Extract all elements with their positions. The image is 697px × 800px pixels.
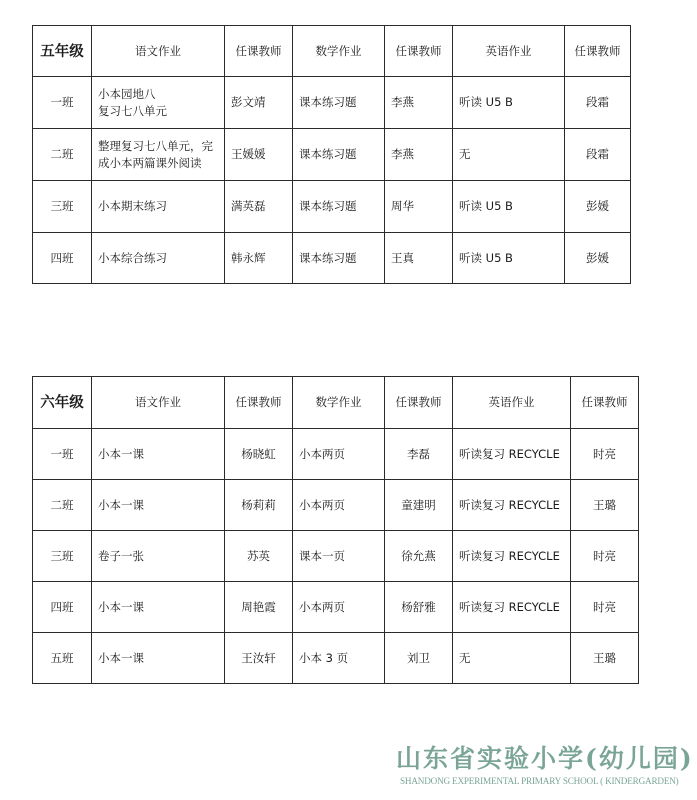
chinese-teacher: 苏英 <box>225 531 293 582</box>
english-homework: 听读复习 RECYCLE <box>453 480 571 531</box>
math-teacher: 徐允燕 <box>385 531 453 582</box>
math-teacher: 周华 <box>385 181 453 233</box>
math-homework: 课本一页 <box>293 531 385 582</box>
table-row: 一班 小本一课 杨晓虹 小本两页 李磊 听读复习 RECYCLE 时亮 <box>33 429 639 480</box>
english-teacher: 王璐 <box>571 633 639 684</box>
chinese-teacher: 杨莉莉 <box>225 480 293 531</box>
math-homework: 课本练习题 <box>293 181 385 233</box>
english-homework: 无 <box>453 129 565 181</box>
english-teacher: 王璐 <box>571 480 639 531</box>
math-teacher: 李燕 <box>385 77 453 129</box>
table-row: 三班 小本期末练习 满英磊 课本练习题 周华 听读 U5 B 彭媛 <box>33 181 631 233</box>
english-homework: 听读 U5 B <box>453 181 565 233</box>
chinese-teacher: 韩永辉 <box>225 233 293 284</box>
chinese-homework: 小本一课 <box>92 429 225 480</box>
class-name: 三班 <box>33 531 92 582</box>
class-name: 五班 <box>33 633 92 684</box>
column-header-chinese-homework: 语文作业 <box>92 377 225 429</box>
column-header-chinese-teacher: 任课教师 <box>225 26 293 77</box>
class-name: 三班 <box>33 181 92 233</box>
english-teacher: 段霜 <box>565 77 631 129</box>
class-name: 二班 <box>33 480 92 531</box>
chinese-teacher: 彭文靖 <box>225 77 293 129</box>
column-header-math-homework: 数学作业 <box>293 377 385 429</box>
school-name-english: SHANDONG EXPERIMENTAL PRIMARY SCHOOL ( K… <box>400 775 694 787</box>
english-homework: 无 <box>453 633 571 684</box>
english-homework: 听读复习 RECYCLE <box>453 429 571 480</box>
math-homework: 小本两页 <box>293 480 385 531</box>
english-teacher: 彭媛 <box>565 233 631 284</box>
chinese-homework: 小本综合练习 <box>92 233 225 284</box>
column-header-english-teacher: 任课教师 <box>565 26 631 77</box>
table-row: 四班 小本综合练习 韩永辉 课本练习题 王真 听读 U5 B 彭媛 <box>33 233 631 284</box>
column-header-chinese-teacher: 任课教师 <box>225 377 293 429</box>
column-header-english-teacher: 任课教师 <box>571 377 639 429</box>
grade5-homework-table: 五年级 语文作业 任课教师 数学作业 任课教师 英语作业 任课教师 一班 小本园… <box>32 25 631 284</box>
school-logo: 山东省实验小学(幼儿园) SHANDONG EXPERIMENTAL PRIMA… <box>396 743 694 787</box>
english-teacher: 时亮 <box>571 582 639 633</box>
math-teacher: 李磊 <box>385 429 453 480</box>
table-row: 二班 小本一课 杨莉莉 小本两页 童建明 听读复习 RECYCLE 王璐 <box>33 480 639 531</box>
table-row: 四班 小本一课 周艳霞 小本两页 杨舒雅 听读复习 RECYCLE 时亮 <box>33 582 639 633</box>
table-row: 二班 整理复习七八单元，完成小本两篇课外阅读 王媛媛 课本练习题 李燕 无 段霜 <box>33 129 631 181</box>
class-name: 一班 <box>33 77 92 129</box>
chinese-homework: 小本一课 <box>92 582 225 633</box>
chinese-homework: 整理复习七八单元，完成小本两篇课外阅读 <box>92 129 225 181</box>
table-header-row: 六年级 语文作业 任课教师 数学作业 任课教师 英语作业 任课教师 <box>33 377 639 429</box>
math-homework: 课本练习题 <box>293 77 385 129</box>
english-homework: 听读 U5 B <box>453 77 565 129</box>
column-header-english-homework: 英语作业 <box>453 377 571 429</box>
class-name: 一班 <box>33 429 92 480</box>
chinese-teacher: 王汝轩 <box>225 633 293 684</box>
english-homework: 听读复习 RECYCLE <box>453 531 571 582</box>
math-homework: 小本两页 <box>293 582 385 633</box>
chinese-homework: 小本园地八复习七八单元 <box>92 77 225 129</box>
chinese-homework: 小本一课 <box>92 480 225 531</box>
class-name: 四班 <box>33 582 92 633</box>
math-teacher: 李燕 <box>385 129 453 181</box>
math-homework: 课本练习题 <box>293 129 385 181</box>
english-homework: 听读 U5 B <box>453 233 565 284</box>
table-header-row: 五年级 语文作业 任课教师 数学作业 任课教师 英语作业 任课教师 <box>33 26 631 77</box>
column-header-math-homework: 数学作业 <box>293 26 385 77</box>
grade-label: 五年级 <box>33 26 92 77</box>
math-teacher: 王真 <box>385 233 453 284</box>
chinese-homework: 卷子一张 <box>92 531 225 582</box>
chinese-homework: 小本期末练习 <box>92 181 225 233</box>
math-teacher: 童建明 <box>385 480 453 531</box>
table-row: 三班 卷子一张 苏英 课本一页 徐允燕 听读复习 RECYCLE 时亮 <box>33 531 639 582</box>
chinese-homework-line: 小本园地八复习七八单元 <box>98 87 167 118</box>
english-teacher: 时亮 <box>571 531 639 582</box>
english-teacher: 段霜 <box>565 129 631 181</box>
column-header-math-teacher: 任课教师 <box>385 26 453 77</box>
chinese-teacher: 周艳霞 <box>225 582 293 633</box>
chinese-teacher: 杨晓虹 <box>225 429 293 480</box>
math-homework: 小本两页 <box>293 429 385 480</box>
column-header-math-teacher: 任课教师 <box>385 377 453 429</box>
table-row: 一班 小本园地八复习七八单元 彭文靖 课本练习题 李燕 听读 U5 B 段霜 <box>33 77 631 129</box>
english-teacher: 彭媛 <box>565 181 631 233</box>
class-name: 二班 <box>33 129 92 181</box>
english-homework: 听读复习 RECYCLE <box>453 582 571 633</box>
table-row: 五班 小本一课 王汝轩 小本 3 页 刘卫 无 王璐 <box>33 633 639 684</box>
math-homework: 小本 3 页 <box>293 633 385 684</box>
school-name-chinese: 山东省实验小学(幼儿园) <box>396 743 694 775</box>
chinese-teacher: 王媛媛 <box>225 129 293 181</box>
column-header-english-homework: 英语作业 <box>453 26 565 77</box>
math-teacher: 刘卫 <box>385 633 453 684</box>
chinese-teacher: 满英磊 <box>225 181 293 233</box>
grade-label: 六年级 <box>33 377 92 429</box>
class-name: 四班 <box>33 233 92 284</box>
english-teacher: 时亮 <box>571 429 639 480</box>
math-teacher: 杨舒雅 <box>385 582 453 633</box>
column-header-chinese-homework: 语文作业 <box>92 26 225 77</box>
grade6-homework-table: 六年级 语文作业 任课教师 数学作业 任课教师 英语作业 任课教师 一班 小本一… <box>32 376 639 684</box>
chinese-homework: 小本一课 <box>92 633 225 684</box>
math-homework: 课本练习题 <box>293 233 385 284</box>
